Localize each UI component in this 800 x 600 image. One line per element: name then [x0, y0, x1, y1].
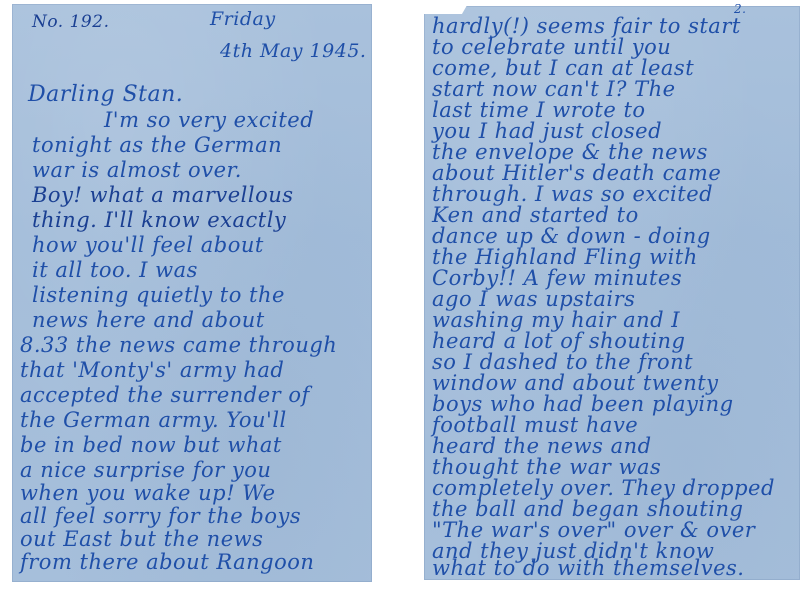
letter-line: the ball and began shouting: [432, 499, 743, 520]
letter-line: boys who had been playing: [432, 394, 734, 415]
letter-line: the German army. You'll: [20, 410, 287, 431]
letter-line: Boy! what a marvellous: [32, 185, 294, 206]
letter-line: hardly(!) seems fair to start: [432, 16, 741, 37]
letter-number: No. 192.: [32, 12, 109, 32]
letter-line: come, but I can at least: [432, 58, 694, 79]
letter-line: news here and about: [32, 310, 265, 331]
letter-line: what to do with themselves.: [432, 558, 744, 579]
letter-page-right: 2. hardly(!) seems fair to start to cele…: [424, 6, 800, 580]
letter-line: from there about Rangoon: [20, 552, 314, 573]
letter-line: about Hitler's death came: [432, 163, 721, 184]
letter-line: the Highland Fling with: [432, 247, 698, 268]
letter-line: dance up & down - doing: [432, 226, 711, 247]
letter-line: that 'Monty's' army had: [20, 360, 284, 381]
letter-line: tonight as the German: [32, 135, 282, 156]
letter-line: Corby!! A few minutes: [432, 268, 682, 289]
letter-line: you I had just closed: [432, 121, 662, 142]
letter-page-left: No. 192. Friday 4th May 1945. Darling St…: [12, 4, 372, 582]
letter-line: last time I wrote to: [432, 100, 646, 121]
letter-line: ago I was upstairs: [432, 289, 635, 310]
letter-line: start now can't I? The: [432, 79, 676, 100]
letter-date: 4th May 1945.: [220, 40, 366, 62]
salutation: Darling Stan.: [28, 82, 183, 107]
letter-line: it all too. I was: [32, 260, 198, 281]
letter-line: all feel sorry for the boys: [20, 506, 301, 527]
letter-line: when you wake up! We: [20, 483, 276, 504]
letter-line: football must have: [432, 415, 638, 436]
letter-line: how you'll feel about: [32, 235, 264, 256]
letter-line: window and about twenty: [432, 373, 719, 394]
letter-line: out East but the news: [20, 529, 263, 550]
letter-line: be in bed now but what: [20, 435, 282, 456]
letter-line: completely over. They dropped: [432, 478, 775, 499]
letter-line: heard a lot of shouting: [432, 331, 685, 352]
letter-line: I'm so very excited: [104, 110, 314, 131]
letter-line: a nice surprise for you: [20, 460, 271, 481]
torn-corner: [418, 0, 470, 14]
letter-line: through. I was so excited: [432, 184, 713, 205]
letter-day: Friday: [210, 8, 276, 30]
letter-line: accepted the surrender of: [20, 385, 310, 406]
letter-line: "The war's over" over & over: [432, 520, 755, 541]
letter-line: war is almost over.: [32, 160, 242, 181]
letter-line: Ken and started to: [432, 205, 639, 226]
letter-line: heard the news and: [432, 436, 652, 457]
letter-line: thing. I'll know exactly: [32, 210, 286, 231]
letter-line: 8.33 the news came through: [20, 335, 337, 356]
letter-line: washing my hair and I: [432, 310, 680, 331]
letter-line: listening quietly to the: [32, 285, 285, 306]
letter-line: so I dashed to the front: [432, 352, 693, 373]
letter-line: to celebrate until you: [432, 37, 671, 58]
letter-line: the envelope & the news: [432, 142, 708, 163]
letter-line: thought the war was: [432, 457, 661, 478]
